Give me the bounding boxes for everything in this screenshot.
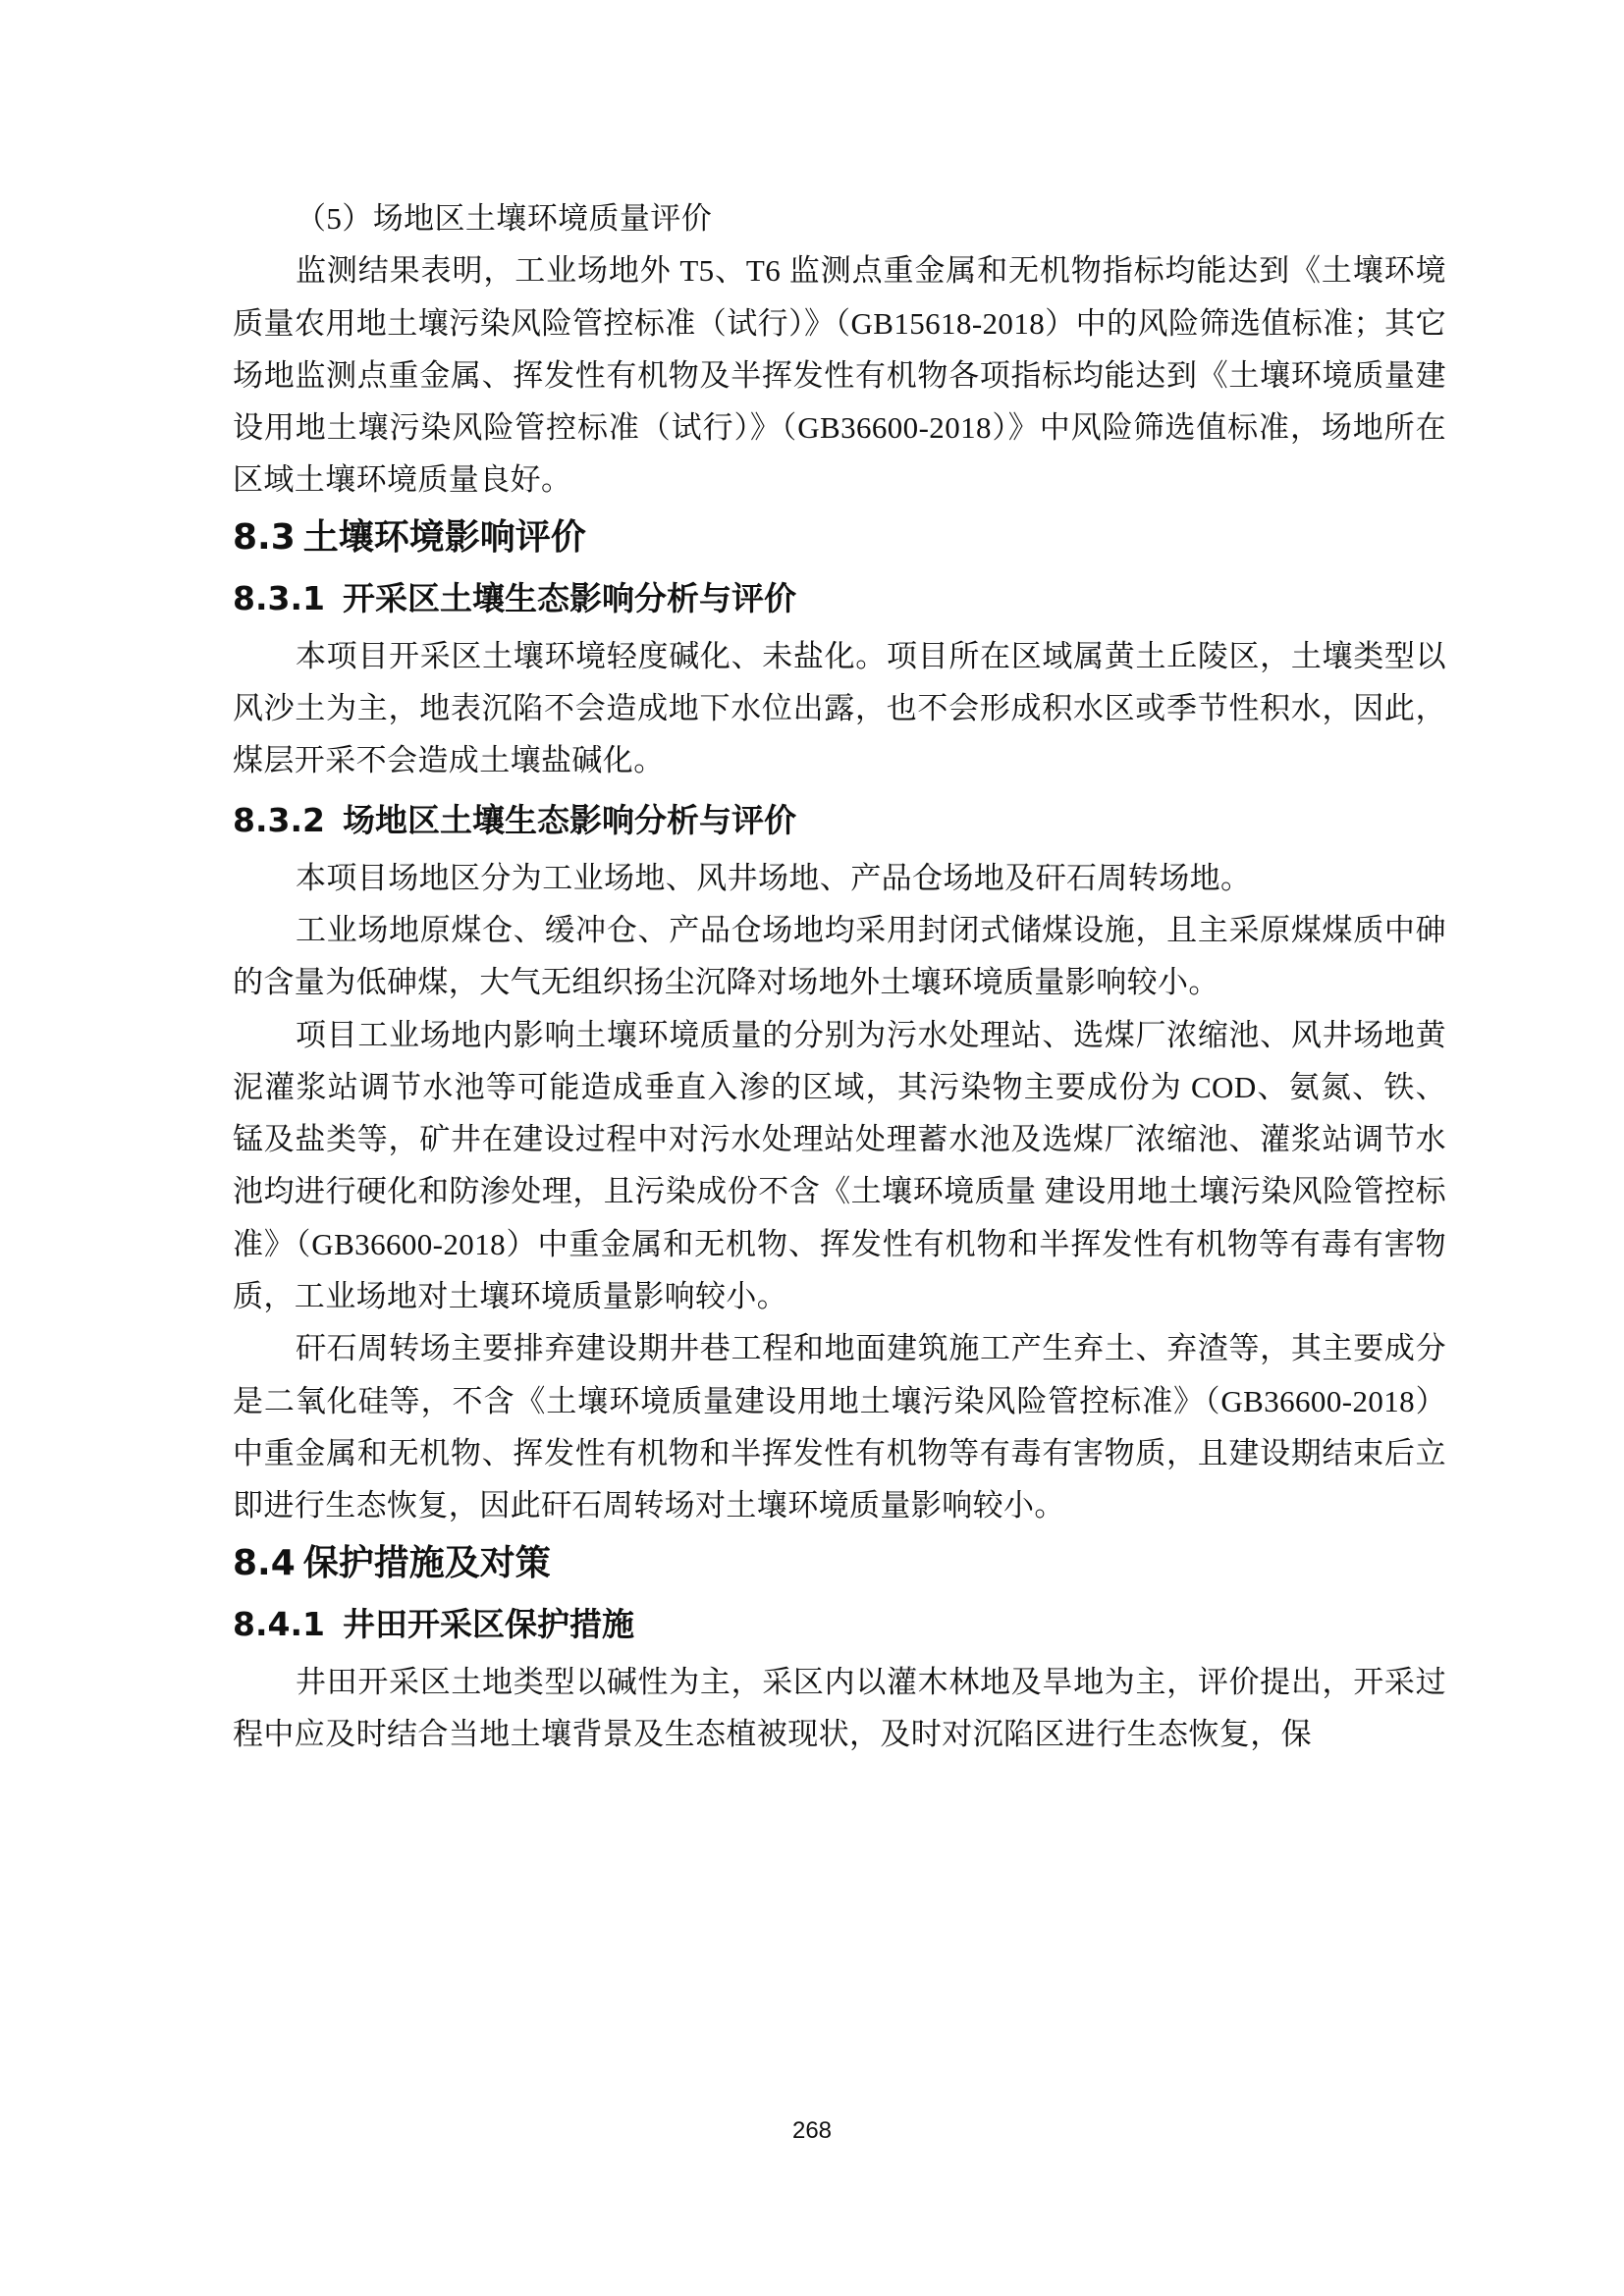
paragraph-industrial-site-impact: 项目工业场地内影响土壤环境质量的分别为污水处理站、选煤厂浓缩池、风井场地黄泥灌浆… (233, 1009, 1446, 1323)
paragraph-coal-storage: 工业场地原煤仓、缓冲仓、产品仓场地均采用封闭式储煤设施，且主采原煤煤质中砷的含量… (233, 904, 1446, 1009)
heading-text: 开采区土壤生态影响分析与评价 (343, 579, 796, 617)
paragraph-mining-area-soil: 本项目开采区土壤环境轻度碱化、未盐化。项目所在区域属黄土丘陵区，土壤类型以风沙土… (233, 630, 1446, 787)
paragraph-monitoring-results: 监测结果表明，工业场地外 T5、T6 监测点重金属和无机物指标均能达到《土壤环境… (233, 244, 1446, 506)
heading-number: 8.3.1 (233, 579, 325, 617)
heading-number: 8.4.1 (233, 1605, 325, 1643)
heading-8-3: 8.3土壤环境影响评价 (233, 510, 1446, 565)
heading-number: 8.3.2 (233, 801, 325, 839)
heading-text: 土壤环境影响评价 (303, 517, 586, 558)
heading-8-3-2: 8.3.2场地区土壤生态影响分析与评价 (233, 793, 1446, 848)
paragraph-site-division: 本项目场地区分为工业场地、风井场地、产品仓场地及矸石周转场地。 (233, 852, 1446, 904)
heading-8-3-1: 8.3.1开采区土壤生态影响分析与评价 (233, 571, 1446, 626)
heading-number: 8.4 (233, 1543, 296, 1583)
paragraph-gangue-site-impact: 矸石周转场主要排弃建设期井巷工程和地面建筑施工产生弃土、弃渣等，其主要成分是二氧… (233, 1322, 1446, 1531)
subsection-title-site-soil-quality: （5）场地区土壤环境质量评价 (233, 192, 1446, 244)
heading-text: 井田开采区保护措施 (343, 1605, 634, 1643)
heading-8-4: 8.4保护措施及对策 (233, 1536, 1446, 1591)
heading-8-4-1: 8.4.1井田开采区保护措施 (233, 1597, 1446, 1652)
heading-text: 保护措施及对策 (303, 1543, 551, 1583)
paragraph-mining-area-protection: 井田开采区土地类型以碱性为主，采区内以灌木林地及旱地为主，评价提出，开采过程中应… (233, 1656, 1446, 1761)
document-page: （5）场地区土壤环境质量评价 监测结果表明，工业场地外 T5、T6 监测点重金属… (233, 192, 1446, 1760)
heading-text: 场地区土壤生态影响分析与评价 (343, 801, 796, 839)
heading-number: 8.3 (233, 517, 296, 558)
page-number: 268 (0, 2117, 1624, 2145)
